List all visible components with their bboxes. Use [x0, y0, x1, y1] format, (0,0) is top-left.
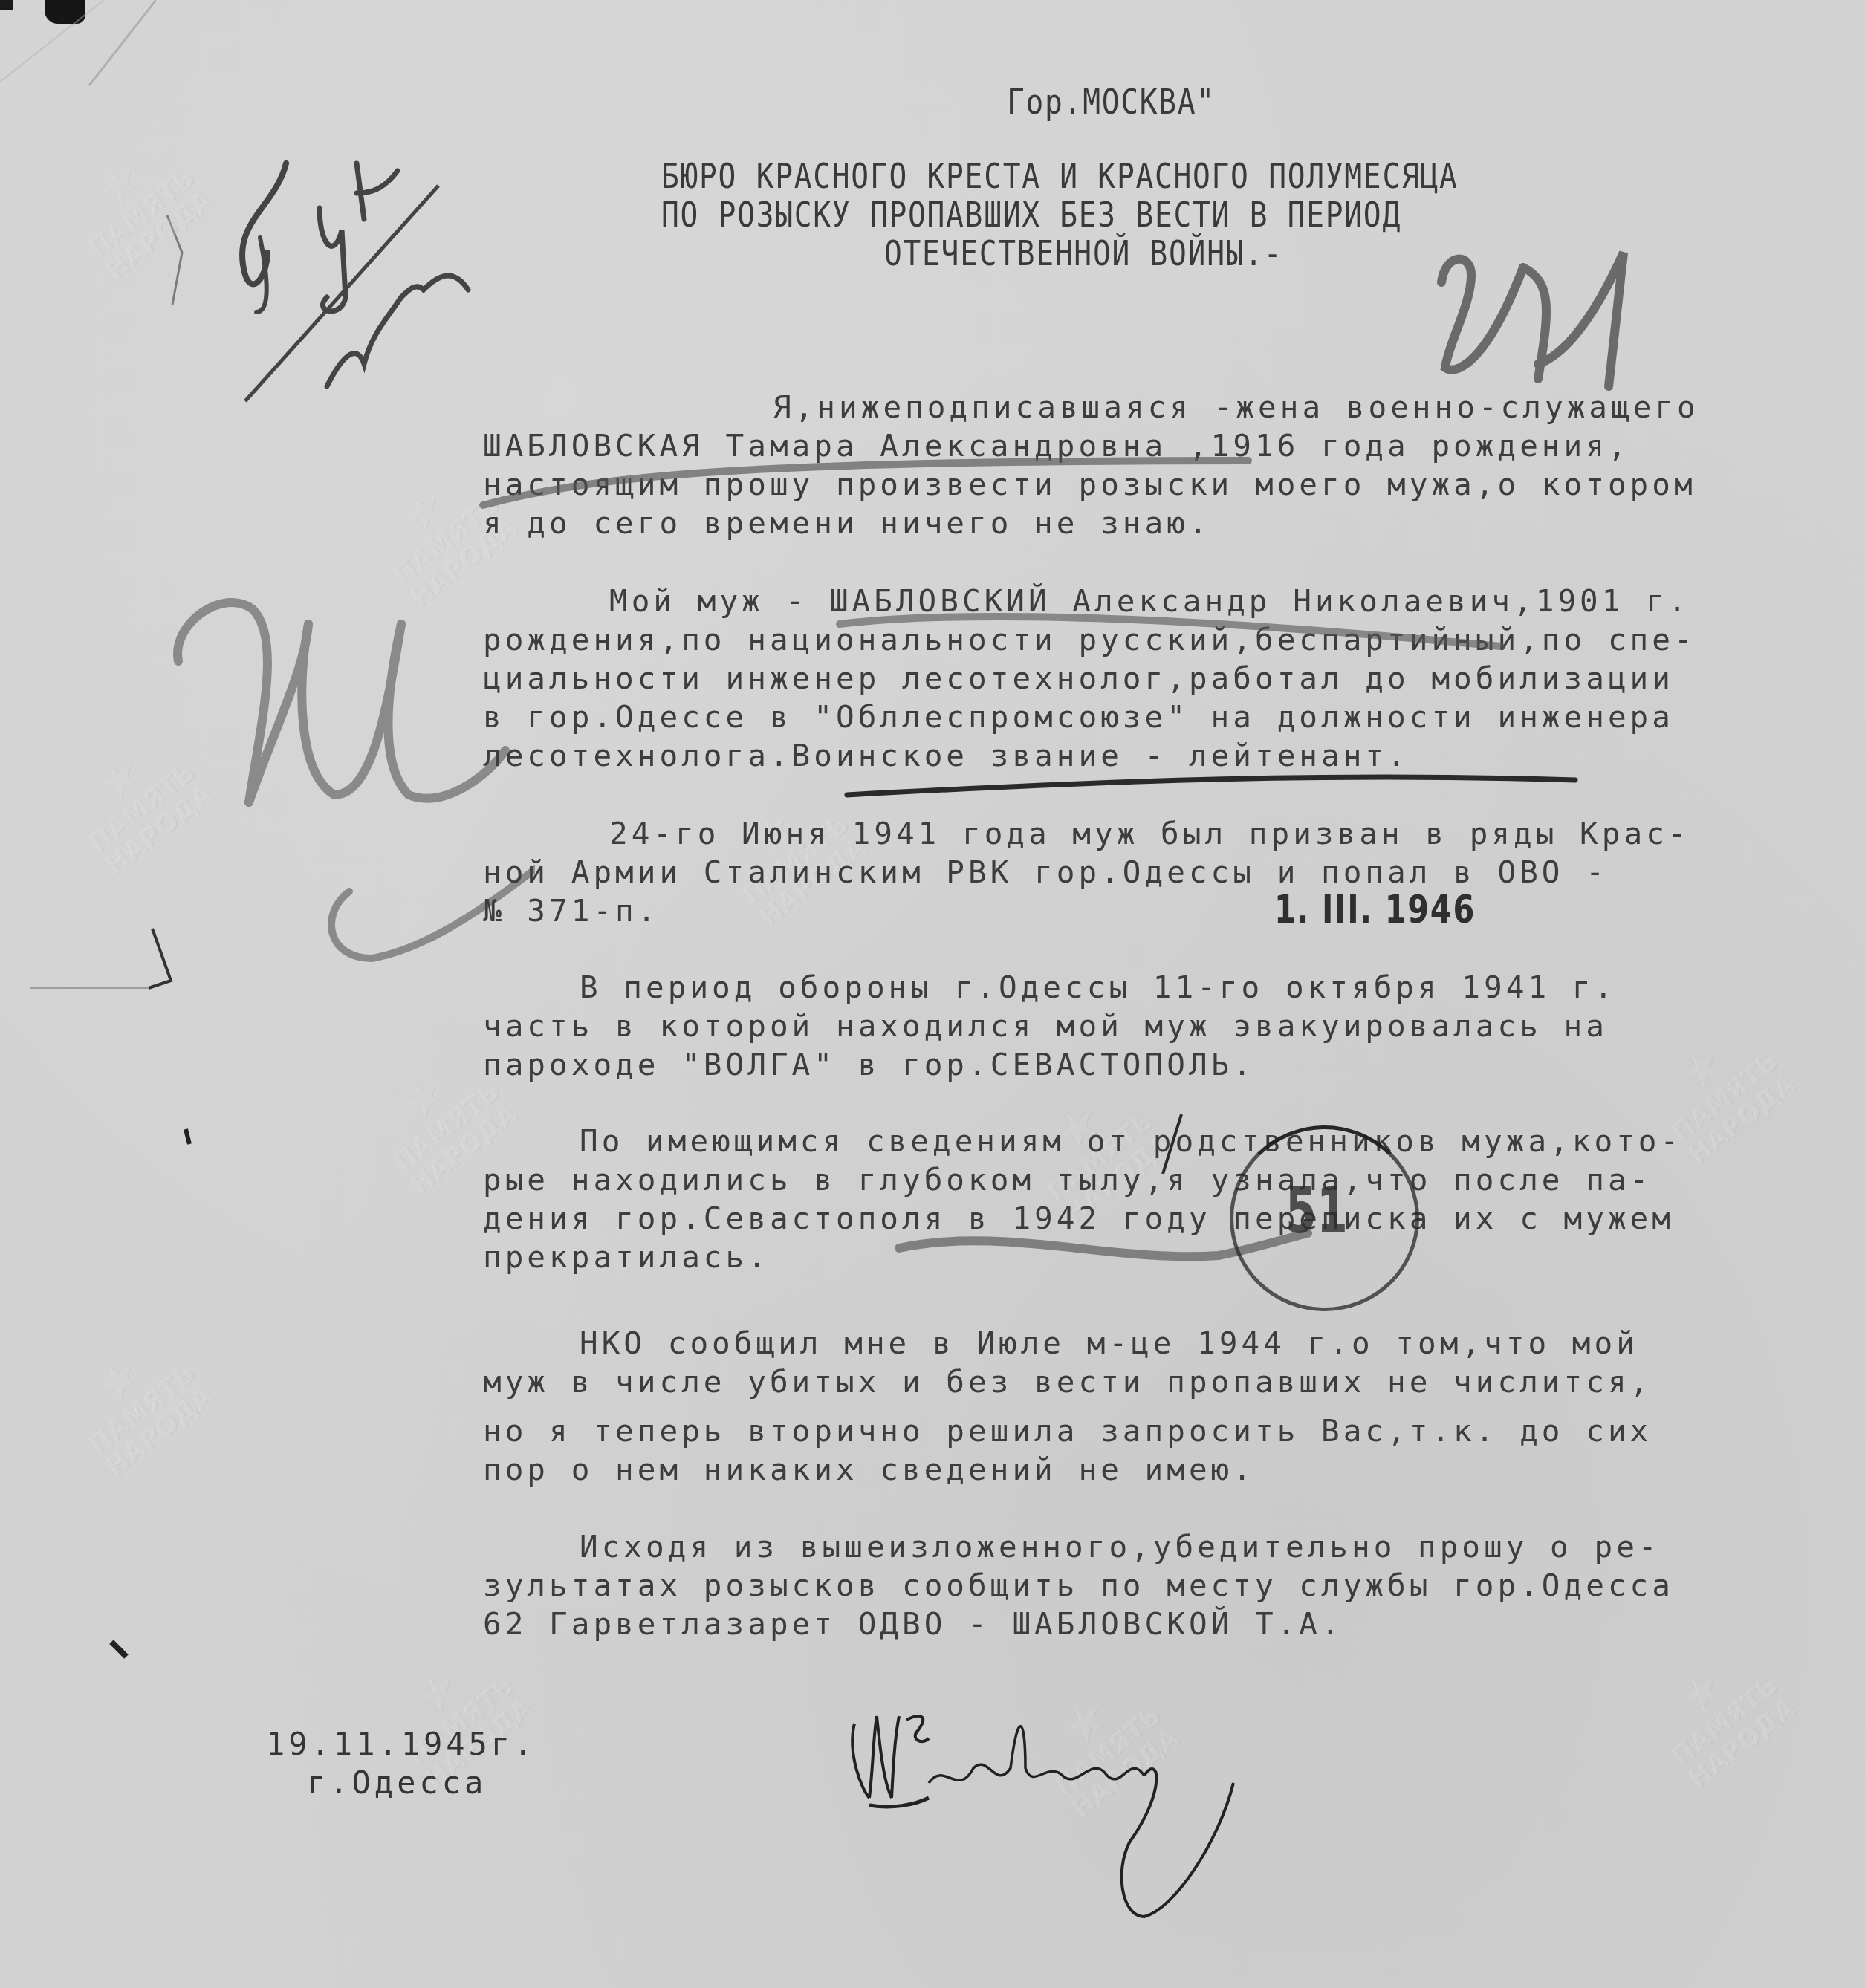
star-icon: ★: [56, 722, 184, 836]
text-line: в гор.Одессе в "Обллеспромсоюзе" на долж…: [483, 699, 1835, 738]
text-line: но я теперь вторично решила запросить Ва…: [483, 1413, 1835, 1452]
paragraph-relatives-info: По имеющимся сведениям от родственников …: [483, 1123, 1835, 1278]
text-line: пароходе "ВОЛГА" в гор.СЕВАСТОПОЛЬ.: [483, 1047, 1835, 1085]
header-org-line-2: ПО РОЗЫСКУ ПРОПАВШИХ БЕЗ ВЕСТИ В ПЕРИОД: [661, 195, 1401, 235]
star-icon: ★: [361, 1042, 489, 1155]
paragraph-conscription: 24-го Июня 1941 года муж был призван в р…: [483, 816, 1835, 932]
signature: [847, 1694, 1263, 1932]
text-line: настоящим прошу произвести розыски моего…: [483, 467, 1835, 505]
star-icon: ★: [56, 128, 184, 241]
text-line: часть в которой находился мой муж эвакуи…: [483, 1008, 1835, 1047]
text-line: Исходя из вышеизложенного,убедительно пр…: [483, 1529, 1835, 1568]
header-org-line-1: БЮРО КРАСНОГО КРЕСТА И КРАСНОГО ПОЛУМЕСЯ…: [661, 156, 1459, 196]
paragraph-nko-response: НКО сообщил мне в Июле м-це 1944 г.о том…: [483, 1325, 1835, 1490]
watermark: ★ ПАМЯТЬНАРОДА: [1639, 1636, 1802, 1794]
text-line: ШАБЛОВСКАЯ Тамара Александровна ,1916 го…: [483, 428, 1835, 467]
text-line: циальности инженер лесотехнолог,работал …: [483, 660, 1835, 699]
star-icon: ★: [56, 1324, 184, 1438]
round-stamp-number: 51: [1285, 1174, 1348, 1248]
text-line: ной Армии Сталинским РВК гор.Одессы и по…: [483, 854, 1835, 893]
watermark: ★ ПАМЯТЬНАРОДА: [56, 1324, 219, 1482]
text-line: 24-го Июня 1941 года муж был призван в р…: [483, 816, 1835, 854]
handwritten-big-letter-sh: [149, 579, 535, 995]
watermark: ★ ПАМЯТЬНАРОДА: [56, 722, 219, 880]
text-line: пор о нем никаких сведений не имею.: [483, 1452, 1835, 1490]
paper-damage-corner: [0, 0, 13, 10]
header-org-line-3: ОТЕЧЕСТВЕННОЙ ВОЙНЫ.-: [884, 233, 1282, 273]
text-line: я до сего времени ничего не знаю.: [483, 505, 1835, 544]
star-icon: ★: [1022, 1666, 1150, 1779]
paragraph-husband-details: Мой муж - ШАБЛОВСКИЙ Александр Николаеви…: [483, 583, 1835, 776]
paragraph-request: Исходя из вышеизложенного,убедительно пр…: [483, 1529, 1835, 1645]
footer-city: г.Одесса: [266, 1764, 536, 1802]
footer-date-place: 19.11.1945г. г.Одесса: [266, 1725, 536, 1802]
text-line: зультатах розысков сообщить по месту слу…: [483, 1568, 1835, 1606]
text-line: муж в числе убитых и без вести пропавших…: [483, 1364, 1835, 1403]
star-icon: ★: [361, 455, 489, 568]
footer-date: 19.11.1945г.: [266, 1725, 536, 1764]
text-line: НКО сообщил мне в Июле м-це 1944 г.о том…: [483, 1325, 1835, 1364]
text-line: № 371-п.: [483, 893, 1835, 932]
text-line: лесотехнолога.Воинское звание - лейтенан…: [483, 738, 1835, 776]
text-line: Я,нижеподписавшаяся -жена военно-служаще…: [483, 389, 1835, 428]
text-line: По имеющимся сведениям от родственников …: [483, 1123, 1835, 1162]
watermark: ★ ПАМЯТЬНАРОДА: [1022, 1666, 1185, 1824]
text-line: дения гор.Севастополя в 1942 году перепи…: [483, 1201, 1835, 1239]
watermark: ★ ПАМЯТЬНАРОДА: [56, 128, 219, 286]
text-line: В период обороны г.Одессы 11-го октября …: [483, 969, 1835, 1008]
text-line: Мой муж - ШАБЛОВСКИЙ Александр Николаеви…: [483, 583, 1835, 622]
star-icon: ★: [1639, 1636, 1767, 1750]
paper-damage-corner: [45, 0, 85, 24]
handwritten-number-221: [1412, 238, 1650, 401]
header-city: Гор.МОСКВА": [1007, 82, 1216, 122]
text-line: прекратилась.: [483, 1239, 1835, 1278]
text-line: рые находились в глубоком тылу,я узнала,…: [483, 1162, 1835, 1201]
scanned-document-page: ★ ПАМЯТЬНАРОДА ★ ПАМЯТЬНАРОДА ★ ПАМЯТЬНА…: [0, 0, 1865, 1988]
paragraph-evacuation: В период обороны г.Одессы 11-го октября …: [483, 969, 1835, 1085]
received-date-stamp: 1. III. 1946: [1274, 888, 1476, 932]
handwritten-note-top-left: [215, 149, 513, 416]
text-line: 62 Гарветлазарет ОДВО - ШАБЛОВСКОЙ Т.А.: [483, 1606, 1835, 1645]
text-line: рождения,по национальности русский,беспа…: [483, 622, 1835, 660]
paragraph-applicant: Я,нижеподписавшаяся -жена военно-служаще…: [483, 389, 1835, 544]
